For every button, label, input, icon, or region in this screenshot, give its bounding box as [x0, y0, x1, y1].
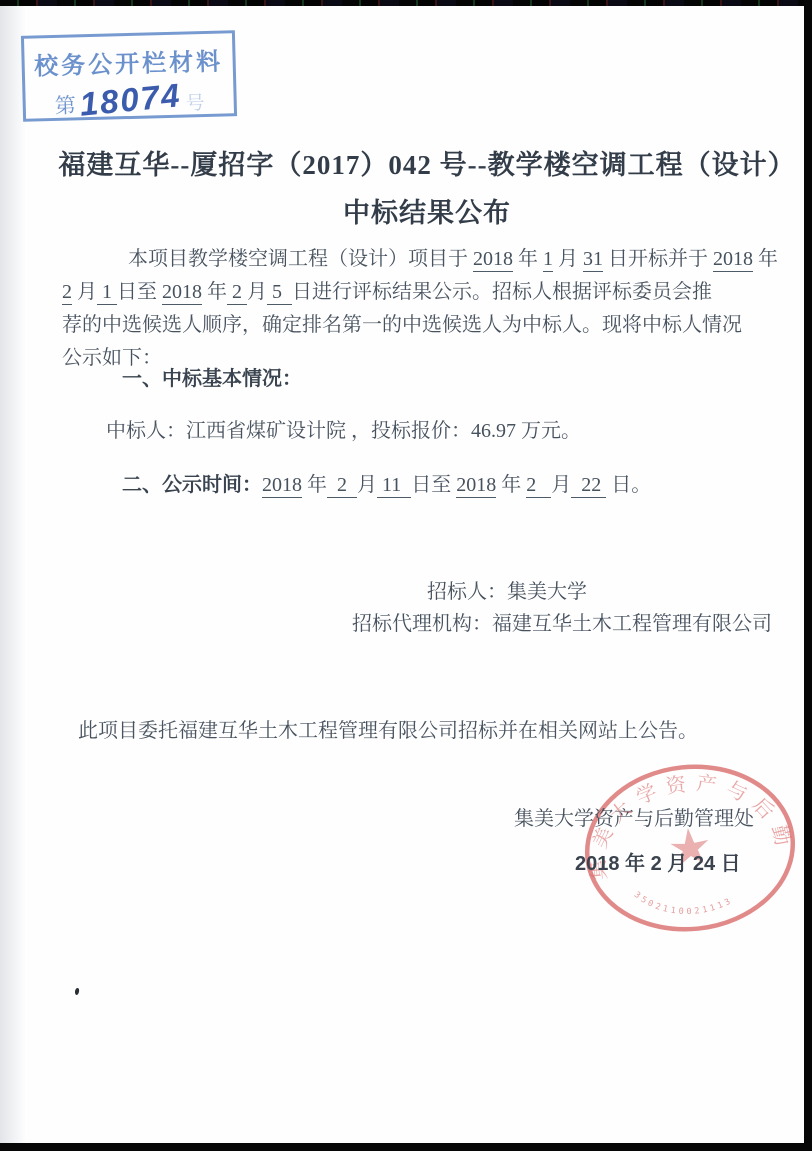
text-segment: 年 — [753, 248, 778, 270]
text-segment: 日至 — [117, 281, 162, 303]
registry-stamp: 校务公开栏材料 第 18074 号 — [21, 30, 237, 122]
scan-edge-right — [804, 0, 812, 1151]
document-title-line1: 福建互华--厦招字（2017）042 号--教学楼空调工程（设计） — [52, 143, 802, 182]
issuer-line: 集美大学资产与后勤管理处 — [514, 802, 754, 831]
underlined-value: 11 — [377, 474, 411, 498]
scanned-document-page: 校务公开栏材料 第 18074 号 福建互华--厦招字（2017）042 号--… — [0, 0, 812, 1151]
underlined-value: 2018 — [162, 281, 202, 305]
text-segment: 年 — [496, 474, 526, 496]
stamp-number-line: 第 18074 号 — [25, 78, 234, 121]
text-segment: 年 — [302, 474, 327, 496]
text-segment: 月 — [551, 474, 571, 496]
underlined-value: 2018 — [456, 474, 496, 498]
underlined-value: 5 — [267, 281, 292, 305]
underlined-value: 2018 — [473, 248, 513, 272]
text-segment: 日至 — [411, 474, 456, 496]
scan-left-shading — [0, 6, 26, 1143]
intro-paragraph: 本项目教学楼空调工程（设计）项目于 2018 年 1 月 31 日开标并于 20… — [62, 243, 784, 375]
underlined-value: 1 — [543, 248, 553, 272]
winner-line: 中标人：江西省煤矿设计院 ，投标报价：46.97 万元。 — [106, 414, 581, 443]
text-segment: 年 — [202, 281, 227, 303]
text-segment: 月 — [357, 474, 377, 496]
ink-speck — [75, 988, 80, 995]
section2-label: 二、公示时间： — [122, 474, 262, 496]
underlined-value: 1 — [97, 281, 117, 305]
stamp-handwritten-number: 18074 — [78, 76, 183, 124]
section2-values: 2018 年 2 月 11 日至 2018 年 2 月 22 日。 — [262, 474, 651, 498]
underlined-value: 2018 — [262, 474, 302, 498]
text-segment: 月 — [247, 281, 267, 303]
text-segment: 日。 — [606, 474, 651, 496]
section2-line: 二、公示时间：2018 年 2 月 11 日至 2018 年 2 月 22 日。 — [122, 468, 651, 497]
scan-edge-top — [0, 0, 812, 6]
underlined-value: 2 — [227, 281, 247, 305]
underlined-value: 2018 — [713, 248, 753, 272]
text-segment: 日进行评标结果公示。招标人根据评标委员会推 — [292, 281, 712, 303]
date-line: 2018 年 2 月 24 日 — [575, 847, 741, 876]
stamp-number-suffix: 号 — [185, 88, 205, 115]
document-title-line2: 中标结果公布 — [52, 191, 802, 230]
stamp-title: 校务公开栏材料 — [24, 41, 233, 81]
underlined-value: 22 — [571, 474, 606, 498]
underlined-value: 2 — [62, 281, 72, 305]
agency-line: 招标代理机构：福建互华土木工程管理有限公司 — [352, 607, 772, 636]
tenderer-line: 招标人：集美大学 — [427, 575, 587, 604]
text-segment: 月 — [553, 248, 583, 270]
text-segment: 本项目教学楼空调工程（设计）项目于 — [128, 248, 473, 270]
entrust-note: 此项目委托福建互华土木工程管理有限公司招标并在相关网站上公告。 — [78, 714, 698, 743]
underlined-value: 31 — [583, 248, 603, 272]
underlined-value: 2 — [526, 474, 551, 498]
seal-serial-number: 3502110021113 — [631, 880, 736, 923]
scan-edge-bottom — [0, 1143, 812, 1151]
text-segment: 荐的中选候选人顺序，确定排名第一的中选候选人为中标人。现将中标人情况 — [62, 314, 742, 336]
underlined-value: 2 — [327, 474, 357, 498]
text-segment: 年 — [513, 248, 543, 270]
stamp-number-prefix: 第 — [54, 89, 76, 120]
text-segment: 日开标并于 — [603, 248, 713, 270]
section1-heading: 一、中标基本情况： — [122, 362, 302, 391]
text-segment: 月 — [72, 281, 97, 303]
